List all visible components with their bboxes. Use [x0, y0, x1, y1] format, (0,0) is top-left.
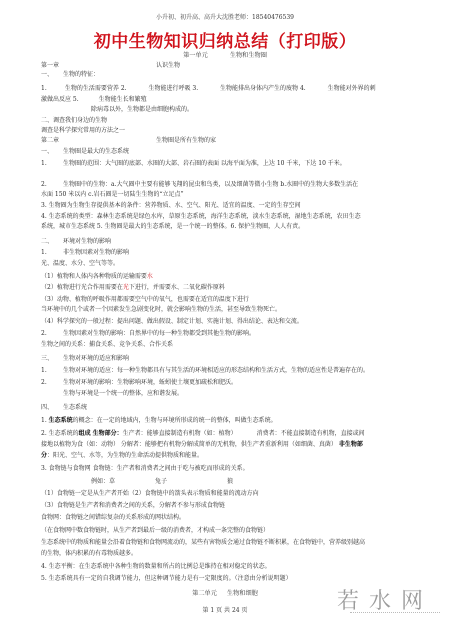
paragraph: 当环境中的几个或者一个因素发生急剧变化时，就会影响生物的生活，甚至导致生物死亡。	[41, 306, 411, 314]
chapter-heading-1: 第一章认识生物	[41, 62, 411, 70]
paragraph: 调查是科学探究常用的方法之一	[41, 127, 411, 135]
section-heading: 三、生物对环境的适应和影响	[41, 355, 411, 363]
list-item: 系统，城市生态系统 5. 生物圈是最大的生态系统，是一个统一的整体。6. 保护生…	[41, 223, 411, 231]
contact-line: 小升初、初升高、高升大沈胜老师：18540476539	[0, 12, 450, 21]
list-item: 1. 生态系统的概念：在一定的地域内，生物与环境所形成的统一的整体，叫做生态系统…	[41, 417, 411, 425]
list-item: 2.生物因素对生物的影响：自然界中的每一种生物都受到其他生物的影响。	[41, 330, 411, 338]
note: （1）食物链一定是从生产者开始（2）食物链中的箭头表示物质和能量的流动方向	[41, 490, 411, 498]
paragraph: （4）科学探究的一般过程：提出问题、做出假设、制定计划、实施计划、得出结论、表达…	[41, 318, 411, 326]
list-item: 2. 生态系统的组成 生物部分：生产者：能够直接制造有机物（如：植物）消费者：不…	[41, 430, 411, 438]
list-item: 水面 150 米以内 c.岩石圈是一切陆生生物的“立足点”	[41, 191, 411, 199]
chapter-label: 第一章	[41, 62, 156, 70]
section-heading: 二、环境对生物的影响	[41, 238, 411, 246]
note: （在食物网中数食物链时，从生产者到最后一级的消费者，才构成一条完整的食物链）	[41, 527, 411, 535]
watermark-underline	[350, 612, 440, 615]
food-chain-example: 例如：草兔子狼	[41, 478, 450, 486]
unit-label: 第一单元	[183, 52, 208, 59]
list-item: 2.生物对环境的影响：生物影响环境，蚯蚓使土壤更加疏松和肥沃。	[41, 379, 411, 387]
point: （1）植物和人体内各种物质的运输需要水	[41, 273, 411, 281]
list-item: 接地以植物为食（如：动物） 分解者：能够把有机物分解成简单的无机物，供生产者重新…	[41, 441, 411, 449]
highlight-red: 水	[147, 273, 153, 280]
list-item: 1.生物圈的范围：大气圈的底部、水圈的大部、岩石圈的表面 以海平面为准，上达 1…	[41, 160, 411, 168]
list-item: 1.生物对环境的适应：每一种生物都具有与其生活的环境相适应的形态结构和生活方式，…	[41, 367, 411, 375]
point: （2）植物进行光合作用需要在光下进行，并需要水、二氧化碳作原料	[41, 284, 411, 292]
list-item: 3. 食物链与食物网 食物链：生产者和消费者之间由于吃与被吃而形成的关系。	[41, 465, 411, 473]
list-item: 4. 生态系统的类型：森林生态系统是绿色水库，草原生态系统，海洋生态系统，淡水生…	[41, 213, 411, 221]
document-page: 小升初、初升高、高升大沈胜老师：18540476539 初中生物知识归纳总结（打…	[0, 0, 450, 624]
bold-term: 生态系统	[49, 417, 73, 424]
chapter-heading-2: 第二章生物圈是所有生物的家	[41, 137, 411, 145]
unit-name: 生物和生物圈	[230, 52, 267, 59]
section-heading: 一、生物圈是最大的生态系统	[41, 148, 411, 156]
subsection-heading: 1.非生物因素对生物的影响	[41, 249, 411, 257]
features-line: 1. 生物的生活需要营养 2. 生物能进行呼吸 3. 生物能排出身体内产生的废物…	[41, 85, 411, 93]
section-heading: 四、生态系统	[41, 404, 411, 412]
list-item: 分：阳光、空气、水等，为生物的生命活动提供物质和能量。	[41, 452, 411, 460]
list-item: 2.生物圈中的生物：a.大气圈中主要有能够飞翔的昆虫和鸟类，以及细菌等微小生物 …	[41, 181, 411, 189]
paragraph: 光、温度、水分、空气等等。	[41, 260, 411, 268]
list-item: 3. 生物圈为生物生存提供基本的条件：营养物质、水、空气、阳光、适宜的温度、一定…	[41, 202, 411, 210]
document-title: 初中生物知识归纳总结（打印版）	[0, 27, 450, 52]
paragraph: 的生物，体内积累的有毒物质越多。	[41, 550, 411, 558]
features-note: 除病毒以外，生物都是由细胞构成的。	[41, 106, 450, 114]
paragraph: 生物之间的关系：捕食关系、竞争关系、合作关系	[41, 341, 411, 349]
watermark-logo: 若水网	[337, 584, 433, 615]
paragraph: 生态系统中的物质和能量会沿着食物链和食物网流动的，某些有害物质会通过食物链不断积…	[41, 539, 411, 547]
list-item: 4. 生态平衡：在生态系统中各种生物的数量和所占的比例总是维持在相对稳定的状态。	[41, 563, 411, 571]
section-heading: 一、生物的特征：	[41, 71, 411, 79]
note: （3）食物链是生产者和消费者之间的关系，分解者不参与形成食物链	[41, 502, 411, 510]
paragraph: 食物网：食物链之间错综复杂的关系形成的网状结构。	[41, 514, 411, 522]
list-item: 5. 生态系统具有一定的自我调节能力，但这种调节能力是有一定限度的。（注意由分析…	[41, 575, 411, 583]
unit-heading-1: 第一单元生物和生物圈	[0, 50, 450, 59]
section-heading: 二、调查我们身边的生物	[41, 117, 411, 125]
features-line: 激做出反应 5.生物能生长和繁殖	[41, 96, 411, 104]
paragraph: 生物与环境是一个统一的整体，应和谐发展。	[41, 390, 433, 398]
point: （3）动物、植物的呼吸作用都需要空气中的氧气，也需要在适宜的温度下进行	[41, 296, 411, 304]
chapter-name: 认识生物	[156, 62, 180, 69]
